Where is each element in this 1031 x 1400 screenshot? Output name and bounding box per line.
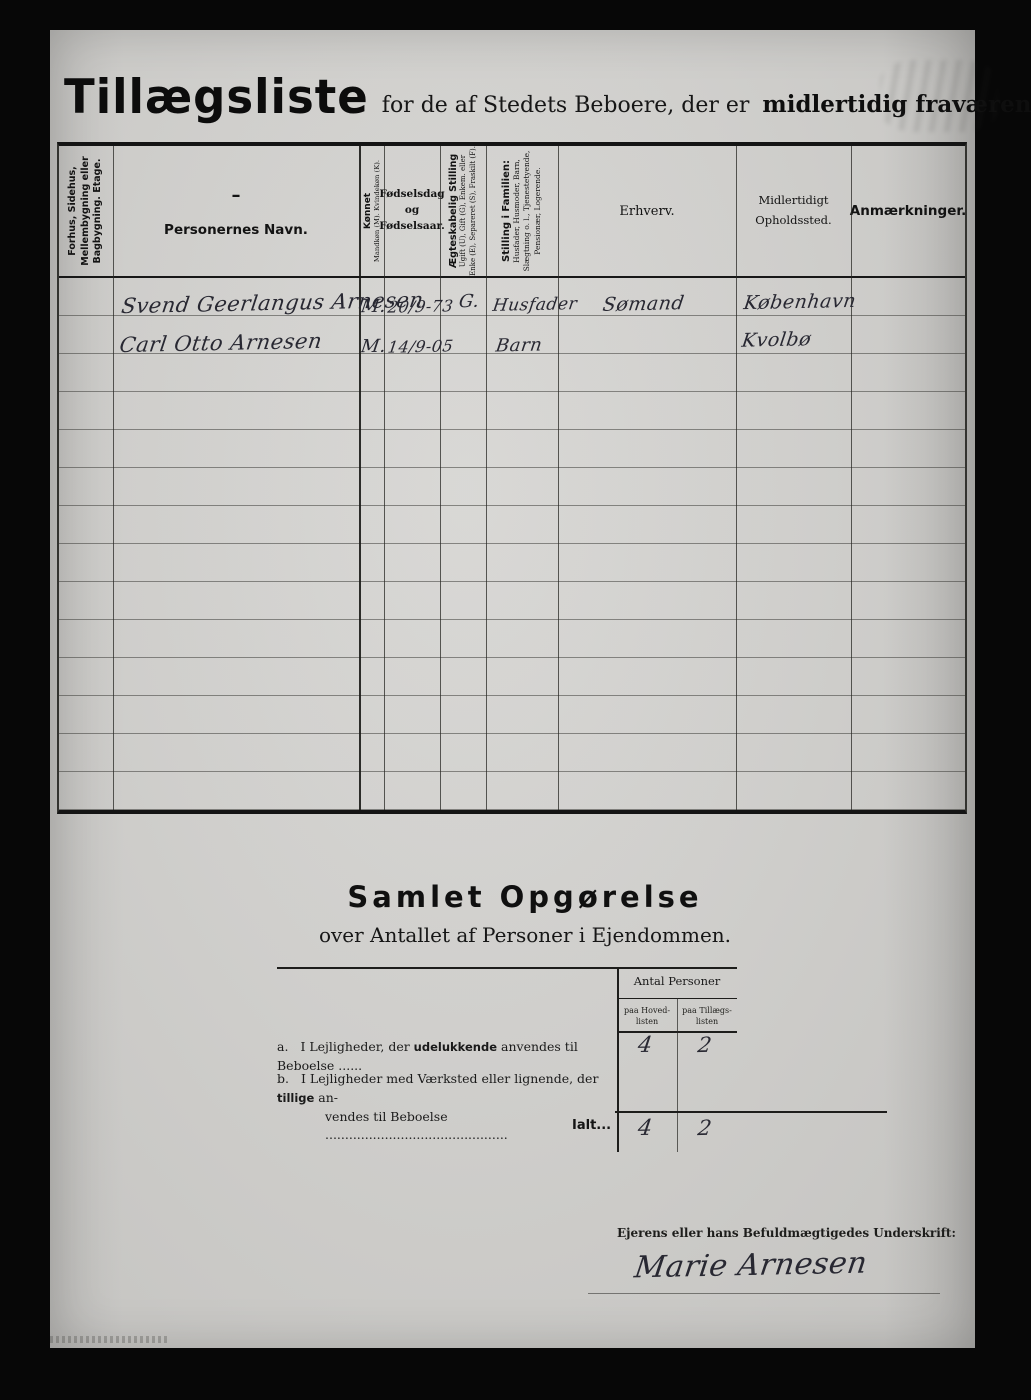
summary-item-a-letter: a.	[277, 1039, 288, 1054]
header-sex: Kønnet Mandkøn (M). Kvindekøn (K).	[359, 146, 384, 276]
header-sex-sub: Mandkøn (M). Kvindekøn (K).	[373, 160, 381, 262]
entry-marital: G.	[458, 291, 481, 312]
summary-item-b-post: an-	[314, 1090, 338, 1105]
census-table: Forhus, Sidehus, Mellembygning eller Bag…	[57, 142, 967, 814]
signature-name: Marie Arnesen	[632, 1246, 869, 1286]
summary-table-line	[615, 1111, 887, 1113]
header-name: – Personernes Navn.	[113, 146, 359, 276]
value-a-tillaegslisten: 2	[696, 1033, 713, 1057]
header-birth-line3: Fødselsaar.	[379, 219, 445, 235]
entry-birth: 14/9-05	[387, 336, 455, 356]
signature-label: Ejerens eller hans Befuldmægtigedes Unde…	[617, 1226, 956, 1240]
header-family-main: Stilling i Familien:	[501, 160, 512, 262]
header-name-dash: –	[232, 185, 241, 206]
entry-occupation: Sømand	[601, 292, 685, 316]
entry-residence: Kvolbø	[740, 328, 812, 351]
column-divider	[736, 146, 737, 810]
header-birth-line1: Fødselsdag	[379, 187, 444, 203]
summary-col-group-label: Antal Personer	[617, 974, 737, 988]
header-birth: Fødselsdag og Fødselsaar.	[384, 146, 440, 276]
summary-title: Samlet Opgørelse	[300, 880, 750, 914]
header-remarks-label: Anmærkninger.	[850, 203, 966, 219]
header-residence: Midlertidigt Opholdssted.	[736, 146, 851, 276]
column-divider	[486, 146, 487, 810]
header-marital-sub: Ugift (U), Gift (G), Enkem. eller Enke (…	[459, 146, 477, 276]
header-family: Stilling i Familien: Husfader, Husmoder,…	[486, 146, 558, 276]
entry-name: Carl Otto Arnesen	[118, 329, 324, 357]
entry-sex: M.	[360, 296, 388, 318]
header-marital: Ægteskabelig Stilling Ugift (U), Gift (G…	[440, 146, 486, 276]
header-occupation: Erhverv.	[558, 146, 736, 276]
summary-table-divider	[677, 998, 678, 1152]
value-ialt-hovedlisten: 4	[636, 1116, 654, 1141]
value-ialt-tillaegslisten: 2	[696, 1116, 713, 1140]
summary-col-tillaegs-label: paa Tillægs-listen	[679, 1005, 735, 1027]
ink-bleedthrough-smudge	[880, 60, 998, 132]
summary-item-b-pre: I Lejligheder med Værksted eller lignend…	[301, 1071, 598, 1086]
column-divider	[113, 146, 114, 810]
printer-mark	[50, 1336, 168, 1343]
entry-family: Husfader	[491, 294, 578, 316]
header-name-label: Personernes Navn.	[164, 222, 308, 238]
summary-item-b-bold: tillige	[277, 1091, 314, 1105]
header-residence-line1: Midlertidigt	[758, 191, 828, 211]
page-title-mid: for de af Stedets Beboere, der er	[382, 93, 750, 118]
page-title-main: Tillægsliste	[64, 69, 369, 125]
summary-item-b-letter: b.	[277, 1071, 289, 1086]
header-sex-main: Kønnet	[363, 193, 373, 229]
header-marital-main: Ægteskabelig Stilling	[448, 154, 459, 268]
summary-item-b: b.I Lejligheder med Værksted eller ligne…	[277, 1070, 617, 1145]
summary-item-a-bold: udelukkende	[414, 1040, 497, 1054]
header-building: Forhus, Sidehus, Mellembygning eller Bag…	[59, 146, 113, 276]
table-body	[59, 278, 965, 810]
column-divider	[440, 146, 441, 810]
value-a-hovedlisten: 4	[636, 1033, 654, 1058]
entry-birth: 20/9-73	[387, 296, 455, 316]
summary-item-a-pre: I Lejligheder, der	[300, 1039, 413, 1054]
summary-table-divider	[617, 967, 619, 1152]
column-divider	[558, 146, 559, 810]
header-building-label: Forhus, Sidehus, Mellembygning eller Bag…	[67, 146, 105, 276]
header-residence-line2: Opholdssted.	[755, 211, 831, 231]
summary-subtitle: over Antallet af Personer i Ejendommen.	[300, 923, 750, 947]
summary-rule	[277, 967, 737, 969]
signature-underline	[588, 1293, 940, 1294]
entry-residence: København	[742, 290, 857, 314]
column-divider	[359, 146, 361, 810]
header-birth-line2: og	[405, 203, 419, 219]
header-family-sub: Husfader, Husmoder, Barn, Slægtning o. l…	[512, 146, 542, 276]
header-remarks: Anmærkninger.	[851, 146, 965, 276]
column-divider	[851, 146, 852, 810]
summary-ialt-label: Ialt...	[572, 1118, 611, 1133]
header-occupation-label: Erhverv.	[619, 204, 674, 219]
entry-sex: M.	[360, 336, 388, 358]
scanned-census-page: Tillægsliste for de af Stedets Beboere, …	[50, 30, 975, 1348]
entry-family: Barn	[494, 335, 543, 357]
column-divider	[384, 146, 385, 810]
summary-col-hoved-label: paa Hoved-listen	[619, 1005, 675, 1027]
table-header-row: Forhus, Sidehus, Mellembygning eller Bag…	[59, 146, 965, 278]
